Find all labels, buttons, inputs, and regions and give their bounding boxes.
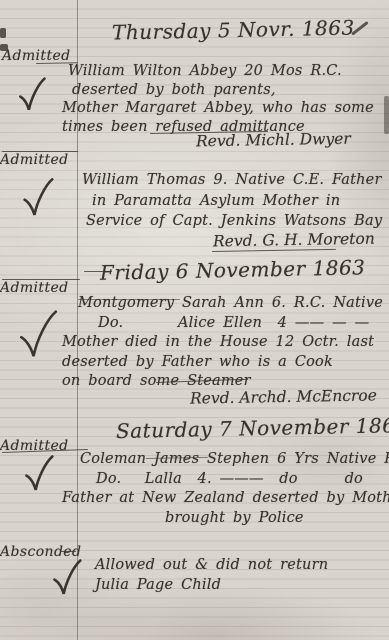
entry-line: Mother died in the House 12 Octr. last — [62, 333, 383, 353]
edge-smudge — [0, 28, 6, 38]
date-heading-saturday: Saturday 7 November 1863 — [116, 413, 389, 443]
entry-text: William Thomas 9. Native C.E. Father in … — [80, 170, 382, 232]
entry-line: deserted by Father who is a Cook — [62, 353, 383, 373]
entry-line: Mother Margaret Abbey, who has some — [62, 99, 374, 118]
entry-line: brought by Police — [165, 509, 389, 529]
entry-line: Do. Alice Ellen 4 —— — — — [98, 314, 383, 334]
signature: Revd. Archd. McEncroe — [190, 386, 377, 407]
date-heading-friday: Friday 6 November 1863 — [100, 255, 366, 285]
entry-line: in Paramatta Asylum Mother in — [92, 191, 382, 212]
checkmark-icon — [22, 172, 54, 224]
margin-status-label: Admitted — [0, 152, 69, 168]
checkmark-icon — [52, 558, 82, 598]
date-heading-thursday: Thursday 5 Novr. 1863 — [112, 15, 355, 44]
entry-text: Montgomery Sarah Ann 6. R.C. Native Do. … — [62, 294, 383, 392]
edge-smudge — [0, 44, 8, 51]
entry-line: Coleman James Stephen 6 Yrs Native R.C. — [80, 450, 389, 470]
margin-status-label: Admitted — [0, 280, 69, 296]
checkmark-icon — [24, 454, 54, 494]
entry-text: Allowed out & did not return Julia Page … — [95, 556, 328, 595]
entry-text: Coleman James Stephen 6 Yrs Native R.C. … — [62, 450, 389, 528]
signature: Revd. Michl. Dwyer — [196, 130, 351, 151]
checkmark-icon — [18, 302, 58, 368]
entry-line: William Thomas 9. Native C.E. Father — [82, 170, 382, 191]
register-page-scan: Thursday 5 Novr. 1863 Admitted William W… — [0, 0, 389, 640]
signature: Revd. G. H. Moreton — [213, 230, 375, 251]
entry-line: Allowed out & did not return — [95, 556, 328, 576]
entry-line: deserted by both parents, — [72, 81, 374, 100]
entry-line: Father at New Zealand deserted by Mother — [62, 489, 389, 509]
entry-line: Montgomery Sarah Ann 6. R.C. Native — [78, 294, 383, 314]
entry-text: William Wilton Abbey 20 Mos R.C. deserte… — [62, 62, 374, 136]
entry-line: William Wilton Abbey 20 Mos R.C. — [68, 62, 374, 81]
entry-line: Service of Capt. Jenkins Watsons Bay — [86, 211, 382, 232]
checkmark-icon — [18, 76, 46, 114]
entry-line: Do. Lalla 4. ——— do do — [96, 470, 389, 490]
entry-line: Julia Page Child — [95, 576, 328, 596]
edge-smudge — [384, 96, 389, 134]
